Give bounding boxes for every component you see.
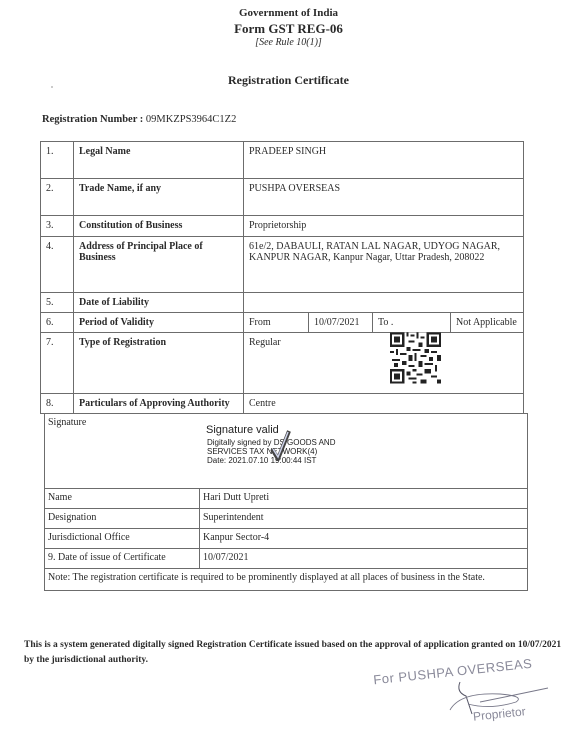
certificate-title: Registration Certificate <box>0 73 577 88</box>
officer-name-value: Hari Dutt Upreti <box>200 489 528 509</box>
table-row: 2. Trade Name, if any PUSHPA OVERSEAS <box>41 179 524 216</box>
liability-date-value <box>244 293 524 313</box>
table-row: 3. Constitution of Business Proprietorsh… <box>41 216 524 237</box>
note-row: Note: The registration certificate is re… <box>45 569 528 591</box>
issue-date-value: 10/07/2021 <box>200 549 528 569</box>
row-number: 1. <box>41 142 74 179</box>
validity-from-label: From <box>244 313 309 333</box>
designation-value: Superintendent <box>200 509 528 529</box>
validity-from-value: 10/07/2021 <box>309 313 373 333</box>
row-label: Address of Principal Place of Business <box>74 237 244 293</box>
row-label: Constitution of Business <box>74 216 244 237</box>
table-row: Name Hari Dutt Upreti <box>45 489 528 509</box>
row-label: Particulars of Approving Authority <box>74 394 244 414</box>
row-number: 2. <box>41 179 74 216</box>
row-number: 7. <box>41 333 74 394</box>
table-row: 5. Date of Liability <box>41 293 524 313</box>
table-row: Jurisdictional Office Kanpur Sector-4 <box>45 529 528 549</box>
registration-number-line: Registration Number : 09MKZPS3964C1Z2 <box>42 114 236 125</box>
row-label: Trade Name, if any <box>74 179 244 216</box>
trade-name-value: PUSHPA OVERSEAS <box>244 179 524 216</box>
table-row: Designation Superintendent <box>45 509 528 529</box>
row-label: Legal Name <box>74 142 244 179</box>
signature-label: Signature <box>48 417 86 428</box>
registration-details-table: 1. Legal Name PRADEEP SINGH 2. Trade Nam… <box>40 141 524 414</box>
government-heading: Government of India <box>0 7 577 19</box>
qr-code-icon <box>390 331 441 385</box>
row-label: Type of Registration <box>74 333 244 394</box>
table-row: 7. Type of Registration Regular <box>41 333 524 394</box>
registration-number-value: 09MKZPS3964C1Z2 <box>146 114 236 125</box>
issue-date-label: 9. Date of issue of Certificate <box>45 549 200 569</box>
rule-reference: [See Rule 10(1)] <box>0 37 577 48</box>
jurisdictional-office-value: Kanpur Sector-4 <box>200 529 528 549</box>
table-row: 6. Period of Validity From 10/07/2021 To… <box>41 313 524 333</box>
row-label: Date of Liability <box>74 293 244 313</box>
row-number: 4. <box>41 237 74 293</box>
table-row: 1. Legal Name PRADEEP SINGH <box>41 142 524 179</box>
checkmark-icon <box>270 427 292 465</box>
registration-type-cell: Regular <box>244 333 524 394</box>
officer-name-label: Name <box>45 489 200 509</box>
table-row: 4. Address of Principal Place of Busines… <box>41 237 524 293</box>
row-label: Period of Validity <box>74 313 244 333</box>
table-row: 9. Date of issue of Certificate 10/07/20… <box>45 549 528 569</box>
scan-dot <box>51 86 53 88</box>
note-text: Note: The registration certificate is re… <box>45 569 528 591</box>
jurisdictional-office-label: Jurisdictional Office <box>45 529 200 549</box>
registration-type-value: Regular <box>249 337 281 348</box>
form-title: Form GST REG-06 <box>0 21 577 37</box>
registration-number-label: Registration Number : <box>42 114 143 125</box>
row-number: 3. <box>41 216 74 237</box>
address-value: 61e/2, DABAULI, RATAN LAL NAGAR, UDYOG N… <box>244 237 524 293</box>
legal-name-value: PRADEEP SINGH <box>244 142 524 179</box>
approving-authority-value: Centre <box>244 394 524 414</box>
designation-label: Designation <box>45 509 200 529</box>
table-row: 8. Particulars of Approving Authority Ce… <box>41 394 524 414</box>
row-number: 6. <box>41 313 74 333</box>
validity-to-value: Not Applicable <box>451 313 524 333</box>
row-number: 5. <box>41 293 74 313</box>
constitution-value: Proprietorship <box>244 216 524 237</box>
validity-to-label: To . <box>373 313 451 333</box>
row-number: 8. <box>41 394 74 414</box>
